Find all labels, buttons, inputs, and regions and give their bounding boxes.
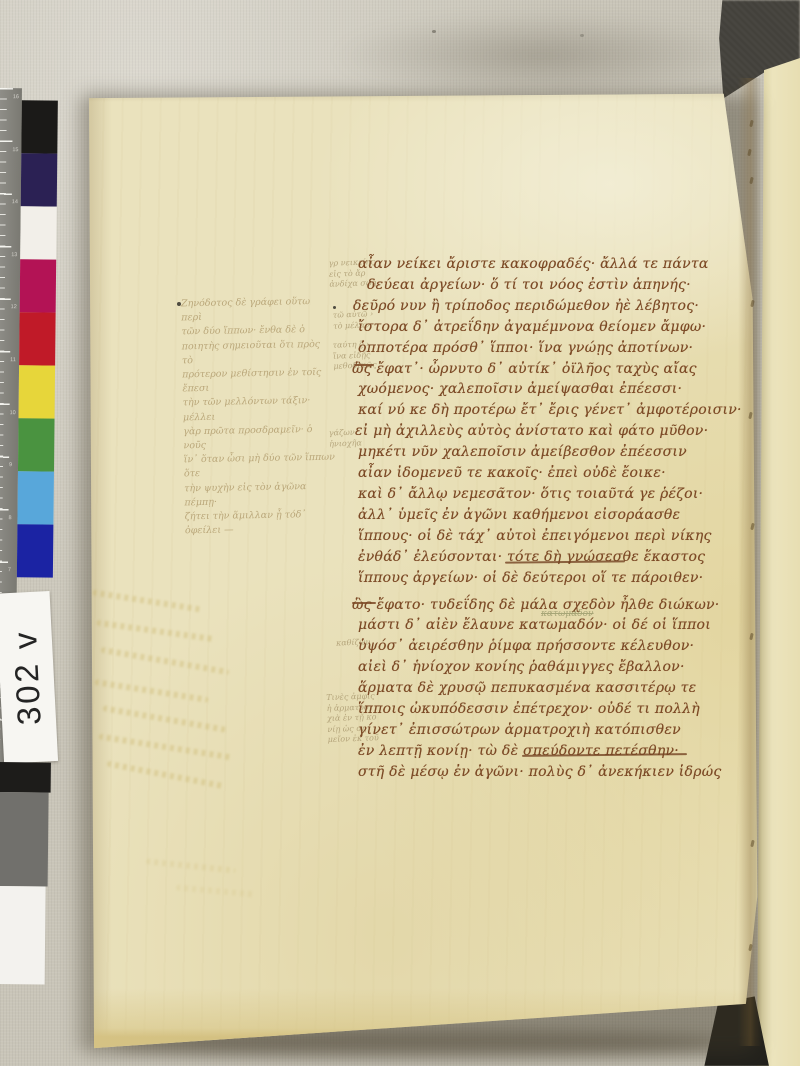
cloth-speck [580, 34, 584, 37]
manuscript-text-line: καί νύ κε δὴ προτέρω ἔτ᾽ ἔρις γένετ᾽ ἀμφ… [352, 400, 762, 421]
scholion-line: τὴν ψυχὴν εἰς τὸν ἀγῶνα πέμπῃ· [184, 479, 336, 510]
manuscript-text-line: δεύεαι ἀργείων· ὅ τί τοι νόος ἐστὶν ἀπην… [352, 275, 762, 296]
manuscript-text-line: ἐν λεπτῇ κονίῃ· τὼ δὲ σπεύδοντε πετέσθην… [352, 741, 762, 762]
scholion-line: Ζηνόδοτος δὲ γράφει οὕτω περὶ [181, 295, 333, 326]
scholion-line: γὰρ πρῶτα προσδραμεῖν· ὁ νοῦς [183, 423, 335, 454]
color-calibration-bar: 16151413121110987654 302 v [0, 86, 64, 989]
manuscript-text-line: ὁπποτέρα πρόσθ᾽ ἵπποι· ἵνα γνώῃς ἀποτίνω… [352, 338, 762, 359]
manuscript-text-line: δεῦρό νυν ἢ τρίποδος περιδώμεθον ἠὲ λέβη… [352, 296, 762, 317]
manuscript-text-line: καὶ δ᾽ ἄλλῳ νεμεσᾶτον· ὅτις τοιαῦτά γε ῥ… [352, 484, 762, 505]
color-patch-gray [0, 792, 49, 887]
manuscript-text-line: ἴστορα δ᾽ ἀτρεΐδην ἀγαμέμνονα θείομεν ἄμ… [352, 317, 762, 338]
cloth-speck [432, 30, 436, 33]
manuscript-text-line: αἶαν ἰδομενεῦ τε κακοῖς· ἐπεὶ οὐδὲ ἔοικε… [352, 463, 762, 484]
color-patch-red [19, 312, 56, 365]
scholion-line: ἵν᾽ ὅταν ὦσι μὴ δύο τῶν ἵππων ὅτε [184, 451, 336, 482]
ruler-number: 14 [12, 199, 21, 205]
manuscript-text-line: χωόμενος· χαλεποῖσιν ἀμείψασθαι ἐπέεσσι· [352, 379, 762, 400]
folio-label-text: 302 v [8, 629, 46, 726]
color-patch-black [21, 100, 58, 153]
color-patch-white-2 [0, 886, 46, 985]
scholion-line: τὴν τῶν μελλόντων τάξιν· μέλλει [183, 394, 335, 425]
ruler-number: 8 [8, 515, 17, 521]
photo-backdrop: { "photo": { "folio_label": "302 v", "ru… [0, 0, 800, 1066]
manuscript-text-line: ἵπποις ὠκυπόδεσσιν ἐπέτρεχον· οὐδέ τι πο… [352, 699, 762, 720]
gutter-shadow [738, 78, 762, 1046]
ruler-number: 12 [11, 305, 20, 311]
show-through-smudge [146, 858, 236, 873]
ruler-number: 16 [13, 94, 22, 100]
color-patch-light-blue [17, 471, 54, 524]
color-patch-black-2 [0, 762, 51, 793]
manuscript-text-line: ἵππους ἀργείων· οἱ δὲ δεύτεροι οἵ τε πάρ… [352, 568, 762, 589]
manuscript-text-line: ὣς ἔφατ᾽· ὦρνυτο δ᾽ αὐτίκ᾽ ὀϊλῆος ταχὺς … [352, 359, 762, 380]
ink-speck [333, 306, 336, 309]
show-through-smudge [102, 705, 226, 733]
show-through-smudge [100, 647, 229, 675]
scholion-line: πρότερον μεθίστησιν ἐν τοῖς ἔπεσι [182, 366, 334, 397]
manuscript-text-line: στῆ δὲ μέσῳ ἐν ἀγῶνι· πολὺς δ᾽ ἀνεκήκιεν… [352, 762, 762, 783]
color-patch-magenta [20, 259, 57, 312]
manuscript-text-line: ἐνθάδ᾽ ἐλεύσονται· τότε δὴ γνώσεσθε ἕκασ… [352, 547, 762, 568]
ruler-number: 10 [10, 410, 19, 416]
show-through-smudge [107, 761, 226, 790]
color-patch-white [20, 206, 57, 259]
color-patch-column [17, 100, 58, 577]
manuscript-text-line: ἅρματα δὲ χρυσῷ πεπυκασμένα κασσιτέρῳ τε [352, 678, 762, 699]
ink-speck [177, 302, 181, 306]
overline-mark [354, 364, 374, 366]
marginal-scholion: Ζηνόδοτος δὲ γράφει οὕτω περὶτῶν δύο ἵππ… [181, 295, 337, 539]
color-patch-green [18, 418, 55, 471]
manuscript-text-line: γίνετ᾽ ἐπισσώτρων ἁρματροχιὴ κατόπισθεν [352, 720, 762, 741]
color-patch-yellow [19, 365, 56, 418]
show-through-smudge [98, 733, 232, 760]
cloth-shadow-top [330, 12, 750, 100]
overline-mark [352, 602, 376, 604]
ruler-number: 7 [8, 568, 17, 574]
ruler-number: 15 [12, 147, 21, 153]
show-through-smudge [94, 679, 209, 703]
manuscript-text-line: μηκέτι νῦν χαλεποῖσιν ἀμείβεσθον ἐπέεσσι… [352, 442, 762, 463]
manuscript-text-line: εἰ μὴ ἀχιλλεὺς αὐτὸς ἀνίστατο καὶ φάτο μ… [352, 421, 762, 442]
manuscript-text-line: ὑψόσ᾽ ἀειρέσθην ῥίμφα πρήσσοντε κέλευθον… [352, 636, 762, 657]
ruler-number: 11 [10, 357, 19, 363]
ruler-number: 13 [11, 252, 20, 258]
manuscript-text-line: ἵππους· οἱ δὲ τάχ᾽ αὐτοὶ ἐπειγόμενοι περ… [352, 526, 762, 547]
main-text-column: αἶαν νείκει ἄριστε κακοφραδές· ἄλλά τε π… [352, 254, 762, 783]
folio-label: 302 v [0, 591, 58, 764]
color-patch-dark-violet [21, 153, 58, 206]
show-through-smudge [92, 589, 202, 612]
interlinear-gloss: κατωμαδόν [541, 609, 594, 619]
show-through-smudge [176, 885, 256, 898]
color-patch-dark-blue [17, 524, 54, 577]
manuscript-text-line: αἰεὶ δ᾽ ἡνίοχον κονίης ῥαθάμιγγες ἔβαλλο… [352, 657, 762, 678]
manuscript-text-line: αἶαν νείκει ἄριστε κακοφραδές· ἄλλά τε π… [352, 254, 762, 275]
scholion-line: ποιητὴς σημειοῦται ὅτι πρὸς τὸ [182, 337, 334, 368]
ruler-number: 9 [9, 462, 18, 468]
show-through-smudge [96, 620, 216, 643]
manuscript-text-line: ἀλλ᾽ ὑμεῖς ἐν ἀγῶνι καθήμενοι εἰσοράασθε [352, 505, 762, 526]
manuscript-page: Ζηνόδοτος δὲ γράφει οὕτω περὶτῶν δύο ἵππ… [86, 88, 758, 1050]
scholion-line: ζήτει τὴν ἅμιλλαν ᾗ τόδ᾽ ὀφείλει — [185, 508, 337, 539]
